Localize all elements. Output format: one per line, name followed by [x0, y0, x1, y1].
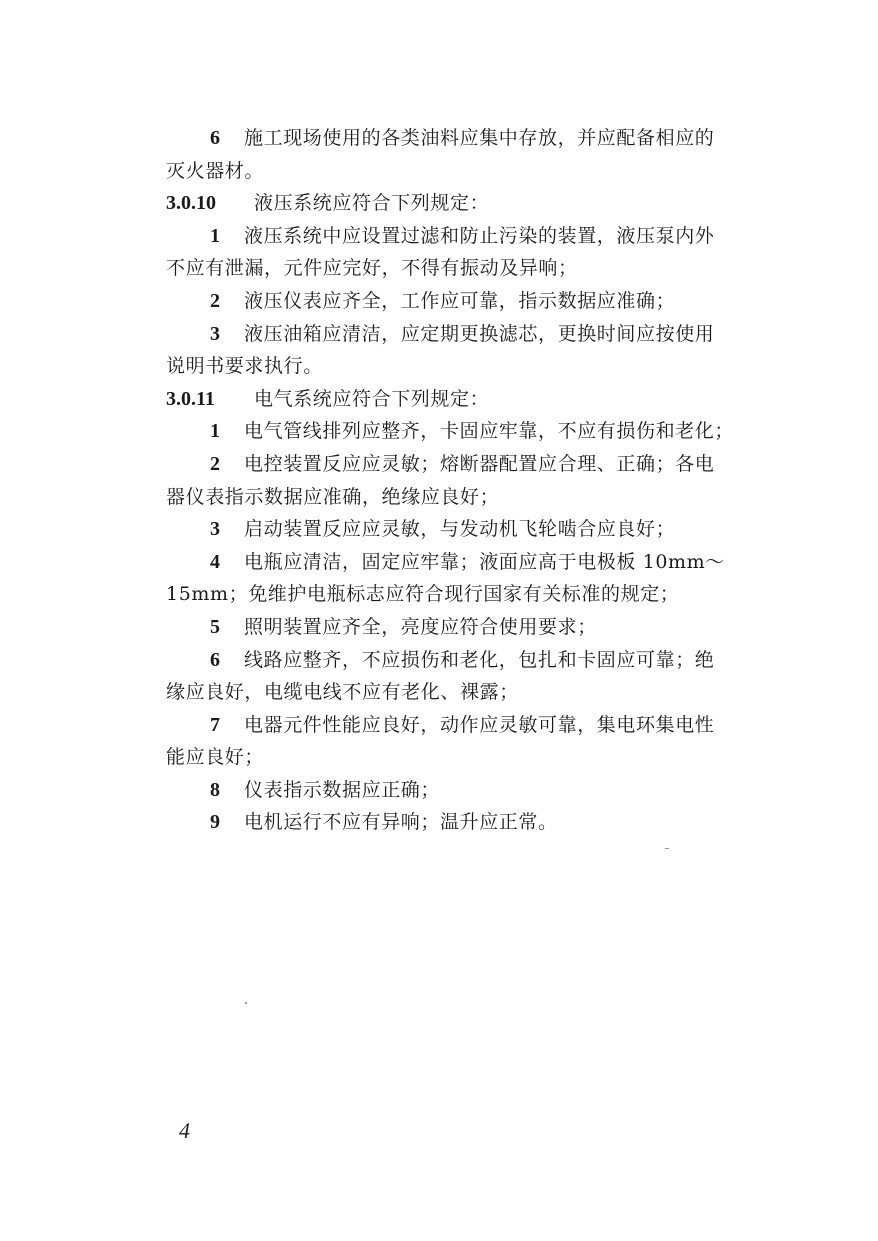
item-text: 施工现场使用的各类油料应集中存放，并应配备相应的 [244, 127, 714, 149]
item-number: 6 [210, 122, 244, 155]
document-body: 6施工现场使用的各类油料应集中存放，并应配备相应的 灭火器材。 3.0.10液压… [166, 122, 784, 839]
item-text: 电器元件性能应良好，动作应灵敏可靠，集电环集电性 [244, 714, 714, 736]
item-1-line-1: 1电气管线排列应整齐，卡固应牢靠，不应有损伤和老化； [166, 415, 784, 448]
item-text: 液压油箱应清洁，应定期更换滤芯，更换时间应按使用 [244, 323, 714, 345]
section-number: 3.0.11 [166, 383, 254, 416]
item-number: 1 [210, 415, 244, 448]
section-3-0-11-heading: 3.0.11电气系统应符合下列规定： [166, 383, 784, 416]
section-3-0-10-heading: 3.0.10液压系统应符合下列规定： [166, 187, 784, 220]
item-7-line-2: 能应良好； [166, 741, 784, 774]
item-text: 照明装置应齐全，亮度应符合使用要求； [244, 616, 597, 638]
item-5-line-1: 5照明装置应齐全，亮度应符合使用要求； [166, 611, 784, 644]
item-8-line-1: 8仪表指示数据应正确； [166, 774, 784, 807]
item-text: 电瓶应清洁，固定应牢靠；液面应高于电极板 10mm～ [244, 551, 725, 573]
item-number: 8 [210, 774, 244, 807]
item-2-line-1: 2液压仪表应齐全，工作应可靠，指示数据应准确； [166, 285, 784, 318]
item-text: 线路应整齐，不应损伤和老化，包扎和卡固应可靠；绝 [244, 649, 714, 671]
item-text: 液压系统中应设置过滤和防止污染的装置，液压泵内外 [244, 225, 714, 247]
item-1-line-1: 1液压系统中应设置过滤和防止污染的装置，液压泵内外 [166, 220, 784, 253]
item-text: 电机运行不应有异响；温升应正常。 [244, 811, 558, 833]
section-title: 液压系统应符合下列规定： [254, 192, 489, 214]
item-6-line-2: 灭火器材。 [166, 155, 784, 188]
section-title: 电气系统应符合下列规定： [254, 388, 489, 410]
scan-speck [665, 848, 669, 849]
item-9-line-1: 9电机运行不应有异响；温升应正常。 [166, 806, 784, 839]
item-number: 1 [210, 220, 244, 253]
item-number: 3 [210, 318, 244, 351]
item-number: 3 [210, 513, 244, 546]
section-number: 3.0.10 [166, 187, 254, 220]
item-4-line-2: 15mm；免维护电瓶标志应符合现行国家有关标准的规定； [166, 578, 784, 611]
item-text: 液压仪表应齐全，工作应可靠，指示数据应准确； [244, 290, 675, 312]
item-number: 2 [210, 448, 244, 481]
item-text: 电控装置反应应灵敏；熔断器配置应合理、正确；各电 [244, 453, 714, 475]
item-number: 9 [210, 806, 244, 839]
item-6-line-1: 6线路应整齐，不应损伤和老化，包扎和卡固应可靠；绝 [166, 644, 784, 677]
item-1-line-2: 不应有泄漏，元件应完好，不得有振动及异响； [166, 252, 784, 285]
item-7-line-1: 7电器元件性能应良好，动作应灵敏可靠，集电环集电性 [166, 709, 784, 742]
item-4-line-1: 4电瓶应清洁，固定应牢靠；液面应高于电极板 10mm～ [166, 546, 784, 579]
item-number: 5 [210, 611, 244, 644]
item-text: 电气管线排列应整齐，卡固应牢靠，不应有损伤和老化； [244, 420, 734, 442]
item-3-line-1: 3液压油箱应清洁，应定期更换滤芯，更换时间应按使用 [166, 318, 784, 351]
page-number: 4 [179, 1118, 190, 1144]
item-6-line-2: 缘应良好，电缆电线不应有老化、裸露； [166, 676, 784, 709]
item-number: 6 [210, 644, 244, 677]
item-2-line-1: 2电控装置反应应灵敏；熔断器配置应合理、正确；各电 [166, 448, 784, 481]
item-text: 仪表指示数据应正确； [244, 779, 440, 801]
item-3-line-2: 说明书要求执行。 [166, 350, 784, 383]
item-2-line-2: 器仪表指示数据应准确，绝缘应良好； [166, 481, 784, 514]
item-number: 4 [210, 546, 244, 579]
item-number: 2 [210, 285, 244, 318]
item-number: 7 [210, 709, 244, 742]
item-3-line-1: 3启动装置反应应灵敏，与发动机飞轮啮合应良好； [166, 513, 784, 546]
item-text: 启动装置反应应灵敏，与发动机飞轮啮合应良好； [244, 518, 675, 540]
item-6-line-1: 6施工现场使用的各类油料应集中存放，并应配备相应的 [166, 122, 784, 155]
scan-speck [245, 1002, 247, 1004]
